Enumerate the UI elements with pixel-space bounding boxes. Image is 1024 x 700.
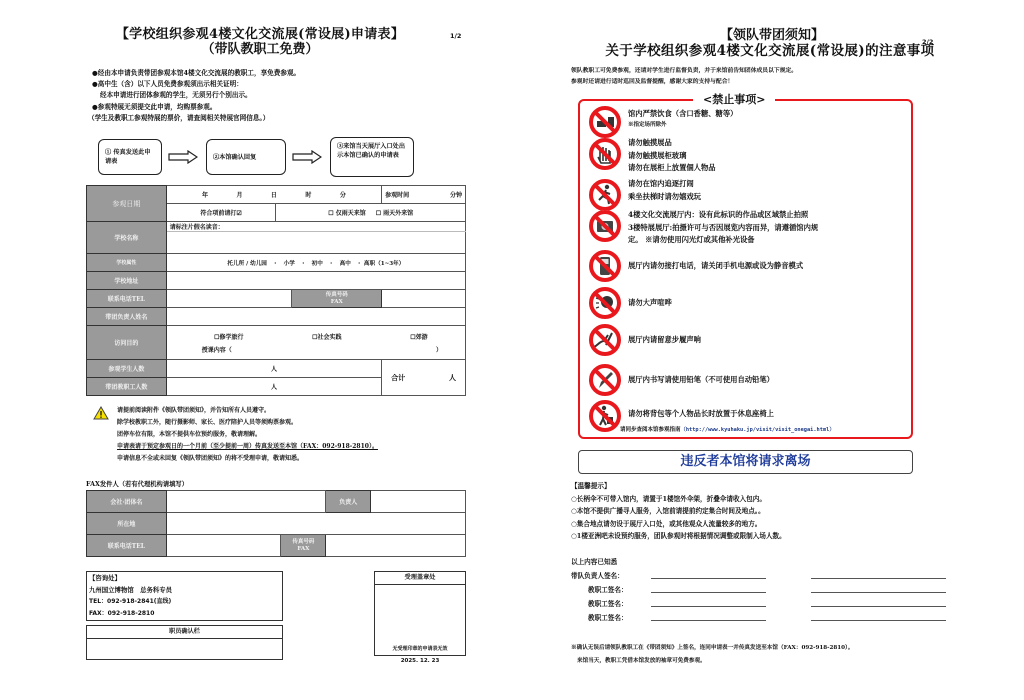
agency-tel-label: 联系电话TEL xyxy=(87,535,167,557)
signature-line[interactable] xyxy=(811,578,946,579)
visit-date-label: 参观日期 xyxy=(87,186,167,222)
signature-line[interactable] xyxy=(651,592,766,593)
signature-line[interactable] xyxy=(651,578,766,579)
inquiry-box: 【咨询处】 九州国立博物馆 总务科专员 TEL：092-918-2841(直线)… xyxy=(86,571,283,621)
leader-name-label: 带团负责人姓名 xyxy=(87,308,167,326)
fax-field[interactable] xyxy=(382,290,466,308)
no-shouting-icon xyxy=(588,286,622,320)
person-in-charge-label: 负责人 xyxy=(326,491,371,513)
guidelines-page: 【领队带团须知】 2/2 关于学校组织参观4楼文化交流展(常设展)的注意事项 领… xyxy=(512,0,1024,700)
no-footsteps-icon xyxy=(588,323,622,357)
teachers-count-label: 带团教职工人数 xyxy=(87,378,167,396)
signature-line[interactable] xyxy=(651,620,766,621)
person-in-charge-field[interactable] xyxy=(371,491,466,513)
expel-notice: 违反者本馆将请求离场 xyxy=(578,450,913,474)
company-label: 会社·团体名 xyxy=(87,491,167,513)
no-running-icon xyxy=(588,178,622,212)
form-date: 2025. 12. 23 xyxy=(374,658,466,664)
arrow-right-icon xyxy=(292,150,322,164)
application-form-page: 【学校组织参观4楼文化交流展(常设展)申请表】 （带队教职工免费） 1/2 ●经… xyxy=(0,0,512,700)
deadline-notice: 申请表请于预定参观日的一个月前（至少提前一周）传真发送至本馆（FAX：092-9… xyxy=(117,441,472,453)
signature-line[interactable] xyxy=(811,620,946,621)
tel-field[interactable] xyxy=(166,290,292,308)
signature-line[interactable] xyxy=(811,592,946,593)
signature-line[interactable] xyxy=(651,606,766,607)
school-type-options[interactable]: 托儿所 / 幼儿园 ・ 小学 ・ 初中 ・ 高中 ・ 高职（1~3年） xyxy=(166,254,465,272)
no-touch-icon xyxy=(588,137,622,171)
tel-label: 联系电话TEL xyxy=(87,290,167,308)
footnote: ※确认无误后请领队教职工在《带团须知》上签名，连同申请表一并传真发送至本馆（FA… xyxy=(571,642,853,667)
form-subtitle: （带队教职工免费） xyxy=(90,42,430,57)
guidelines-subtitle: 关于学校组织参观4楼文化交流展(常设展)的注意事项 xyxy=(570,43,970,59)
fax-label: 传真号码 FAX xyxy=(292,290,382,308)
students-count-label: 参观学生人数 xyxy=(87,360,167,378)
total-field[interactable]: 合计 人 xyxy=(382,360,466,396)
school-trip-checkbox[interactable]: ☐修学旅行 xyxy=(214,332,243,341)
school-type-label: 学校属性 xyxy=(87,254,167,272)
agency-fax-label: 传真号码 FAX xyxy=(281,535,326,557)
fax-sender-table: 会社·团体名 负责人 所在地 联系电话TEL 传真号码 FAX xyxy=(86,490,466,557)
lesson-content-field[interactable]: 授课内容（ ） xyxy=(170,341,462,354)
no-phone-icon xyxy=(588,249,622,283)
no-pen-icon xyxy=(588,363,622,397)
address-field[interactable] xyxy=(166,513,465,535)
staff-confirm-field[interactable] xyxy=(87,639,282,659)
address-label: 所在地 xyxy=(87,513,167,535)
prohibited-title: <禁止事项> xyxy=(693,91,775,107)
form-title: 【学校组织参观4楼文化交流展(常设展)申请表】 xyxy=(90,27,430,42)
intro-text: ●经由本申请负责带团参观本馆4楼文化交流展的教职工，享免费参观。 ●高中生（含）… xyxy=(92,68,472,124)
prohibited-box: <禁止事项> 馆内严禁饮食（含口香糖、糖等）※指定场所除外请勿触摸展品请勿触摸展… xyxy=(578,99,913,439)
check-note: 符合项前请打☑ xyxy=(166,204,276,222)
warning-icon xyxy=(93,406,109,420)
students-count-field[interactable]: 人 xyxy=(166,360,381,378)
visit-time-field[interactable]: 参观时间 分钟 xyxy=(382,186,466,204)
company-field[interactable] xyxy=(166,491,326,513)
application-table: 参观日期 年 月 日 时 分 参观时间 分钟 符合项前请打☑ xyxy=(86,185,466,396)
no-food-icon xyxy=(588,105,622,139)
visit-date-field[interactable]: 年 月 日 时 分 xyxy=(166,186,381,204)
visit-purpose-label: 访问目的 xyxy=(87,326,167,360)
no-photo-icon xyxy=(588,209,622,243)
application-flow: ① 传真发送此申请表 ②本馆确认回复 ③来馆当天展厅入口处出示本馆已确认的申请表 xyxy=(98,137,468,177)
notice-block: 请提前阅读附件《领队带团须知》，并告知所有人员遵守。 除学校教职工外，随行摄影师… xyxy=(92,405,472,465)
flow-step-2: ②本馆确认回复 xyxy=(206,139,286,175)
tips-block: 【温馨提示】 ○长柄伞不可带入馆内，请置于1楼馆外伞架，折叠伞请收入包内。 ○本… xyxy=(571,480,786,543)
guidelines-intro: 领队教职工可免费参观，还请对学生进行监督负责，并于来馆前告知团体成员以下规定。 … xyxy=(571,66,797,88)
staff-confirm-box: 职员确认栏 xyxy=(86,625,283,660)
flow-step-1: ① 传真发送此申请表 xyxy=(98,139,162,175)
flow-step-3: ③来馆当天展厅入口处出示本馆已确认的申请表 xyxy=(330,137,414,177)
stamp-box: 受理盖章处 无受理印章的申请表无效 xyxy=(374,571,466,656)
school-name-field[interactable] xyxy=(166,232,465,254)
signature-line[interactable] xyxy=(811,606,946,607)
arrow-right-icon xyxy=(168,150,198,164)
school-address-field[interactable] xyxy=(166,272,465,290)
teachers-count-field[interactable]: 人 xyxy=(166,378,381,396)
school-name-label: 学校名称 xyxy=(87,222,167,254)
rain-only-checkbox[interactable]: ☐ 仅雨天来馆 xyxy=(328,208,365,217)
guide-link[interactable]: 请同步查阅本馆参观指南（http://www.kyuhaku.jp/visit/… xyxy=(620,425,835,433)
excursion-checkbox[interactable]: ☐郊游 xyxy=(410,332,427,341)
agency-fax-field[interactable] xyxy=(326,535,466,557)
social-practice-checkbox[interactable]: ☐社会实践 xyxy=(312,332,341,341)
agency-tel-field[interactable] xyxy=(166,535,281,557)
school-name-hint: 请标注片假名读音： xyxy=(166,222,465,232)
fax-sender-heading: FAX发件人（若有代理机构请填写） xyxy=(86,479,188,488)
guidelines-title: 【领队带团须知】 xyxy=(572,28,972,43)
no-bag-icon xyxy=(588,399,622,433)
page-number: 1/2 xyxy=(450,32,461,40)
school-address-label: 学校地址 xyxy=(87,272,167,290)
rain-outside-checkbox[interactable]: ☐ 雨天外来馆 xyxy=(376,208,413,217)
leader-name-field[interactable] xyxy=(166,308,465,326)
